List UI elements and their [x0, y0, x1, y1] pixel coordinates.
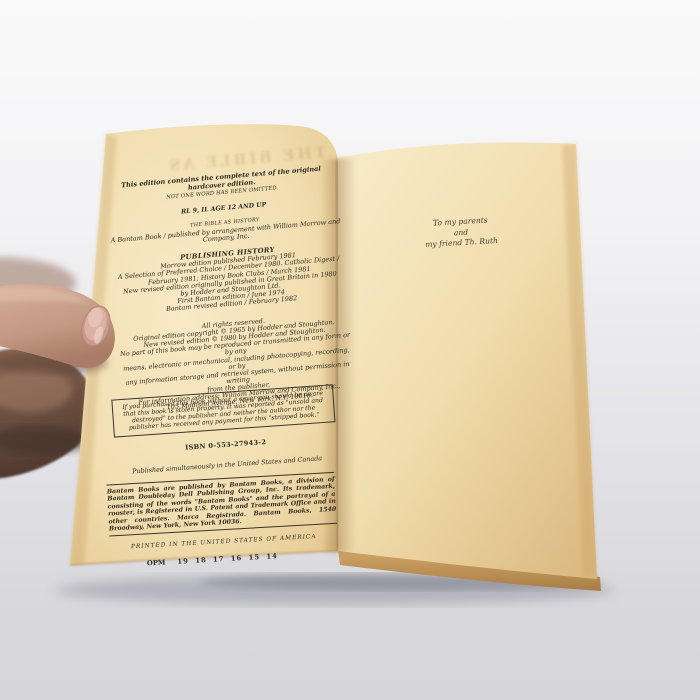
- dedication: To my parents and my friend Th. Ruth: [401, 214, 521, 252]
- printer-code: OPM: [147, 559, 166, 568]
- photo-open-book: THE BIBLE AS This edition contains the c…: [0, 0, 700, 700]
- copyright-page-mid-block: If you purchased this book without a cov…: [111, 384, 338, 476]
- printed-in-line: PRINTED IN THE UNITED STATES OF AMERICA: [110, 533, 338, 552]
- right-page: [337, 142, 597, 579]
- copyright-page-bottom-block: Bantam Books are published by Bantam Boo…: [106, 472, 338, 570]
- copyright-page-top-block: This edition contains the complete text …: [103, 164, 358, 415]
- isbn: ISBN 0-553-27943-2: [115, 434, 337, 456]
